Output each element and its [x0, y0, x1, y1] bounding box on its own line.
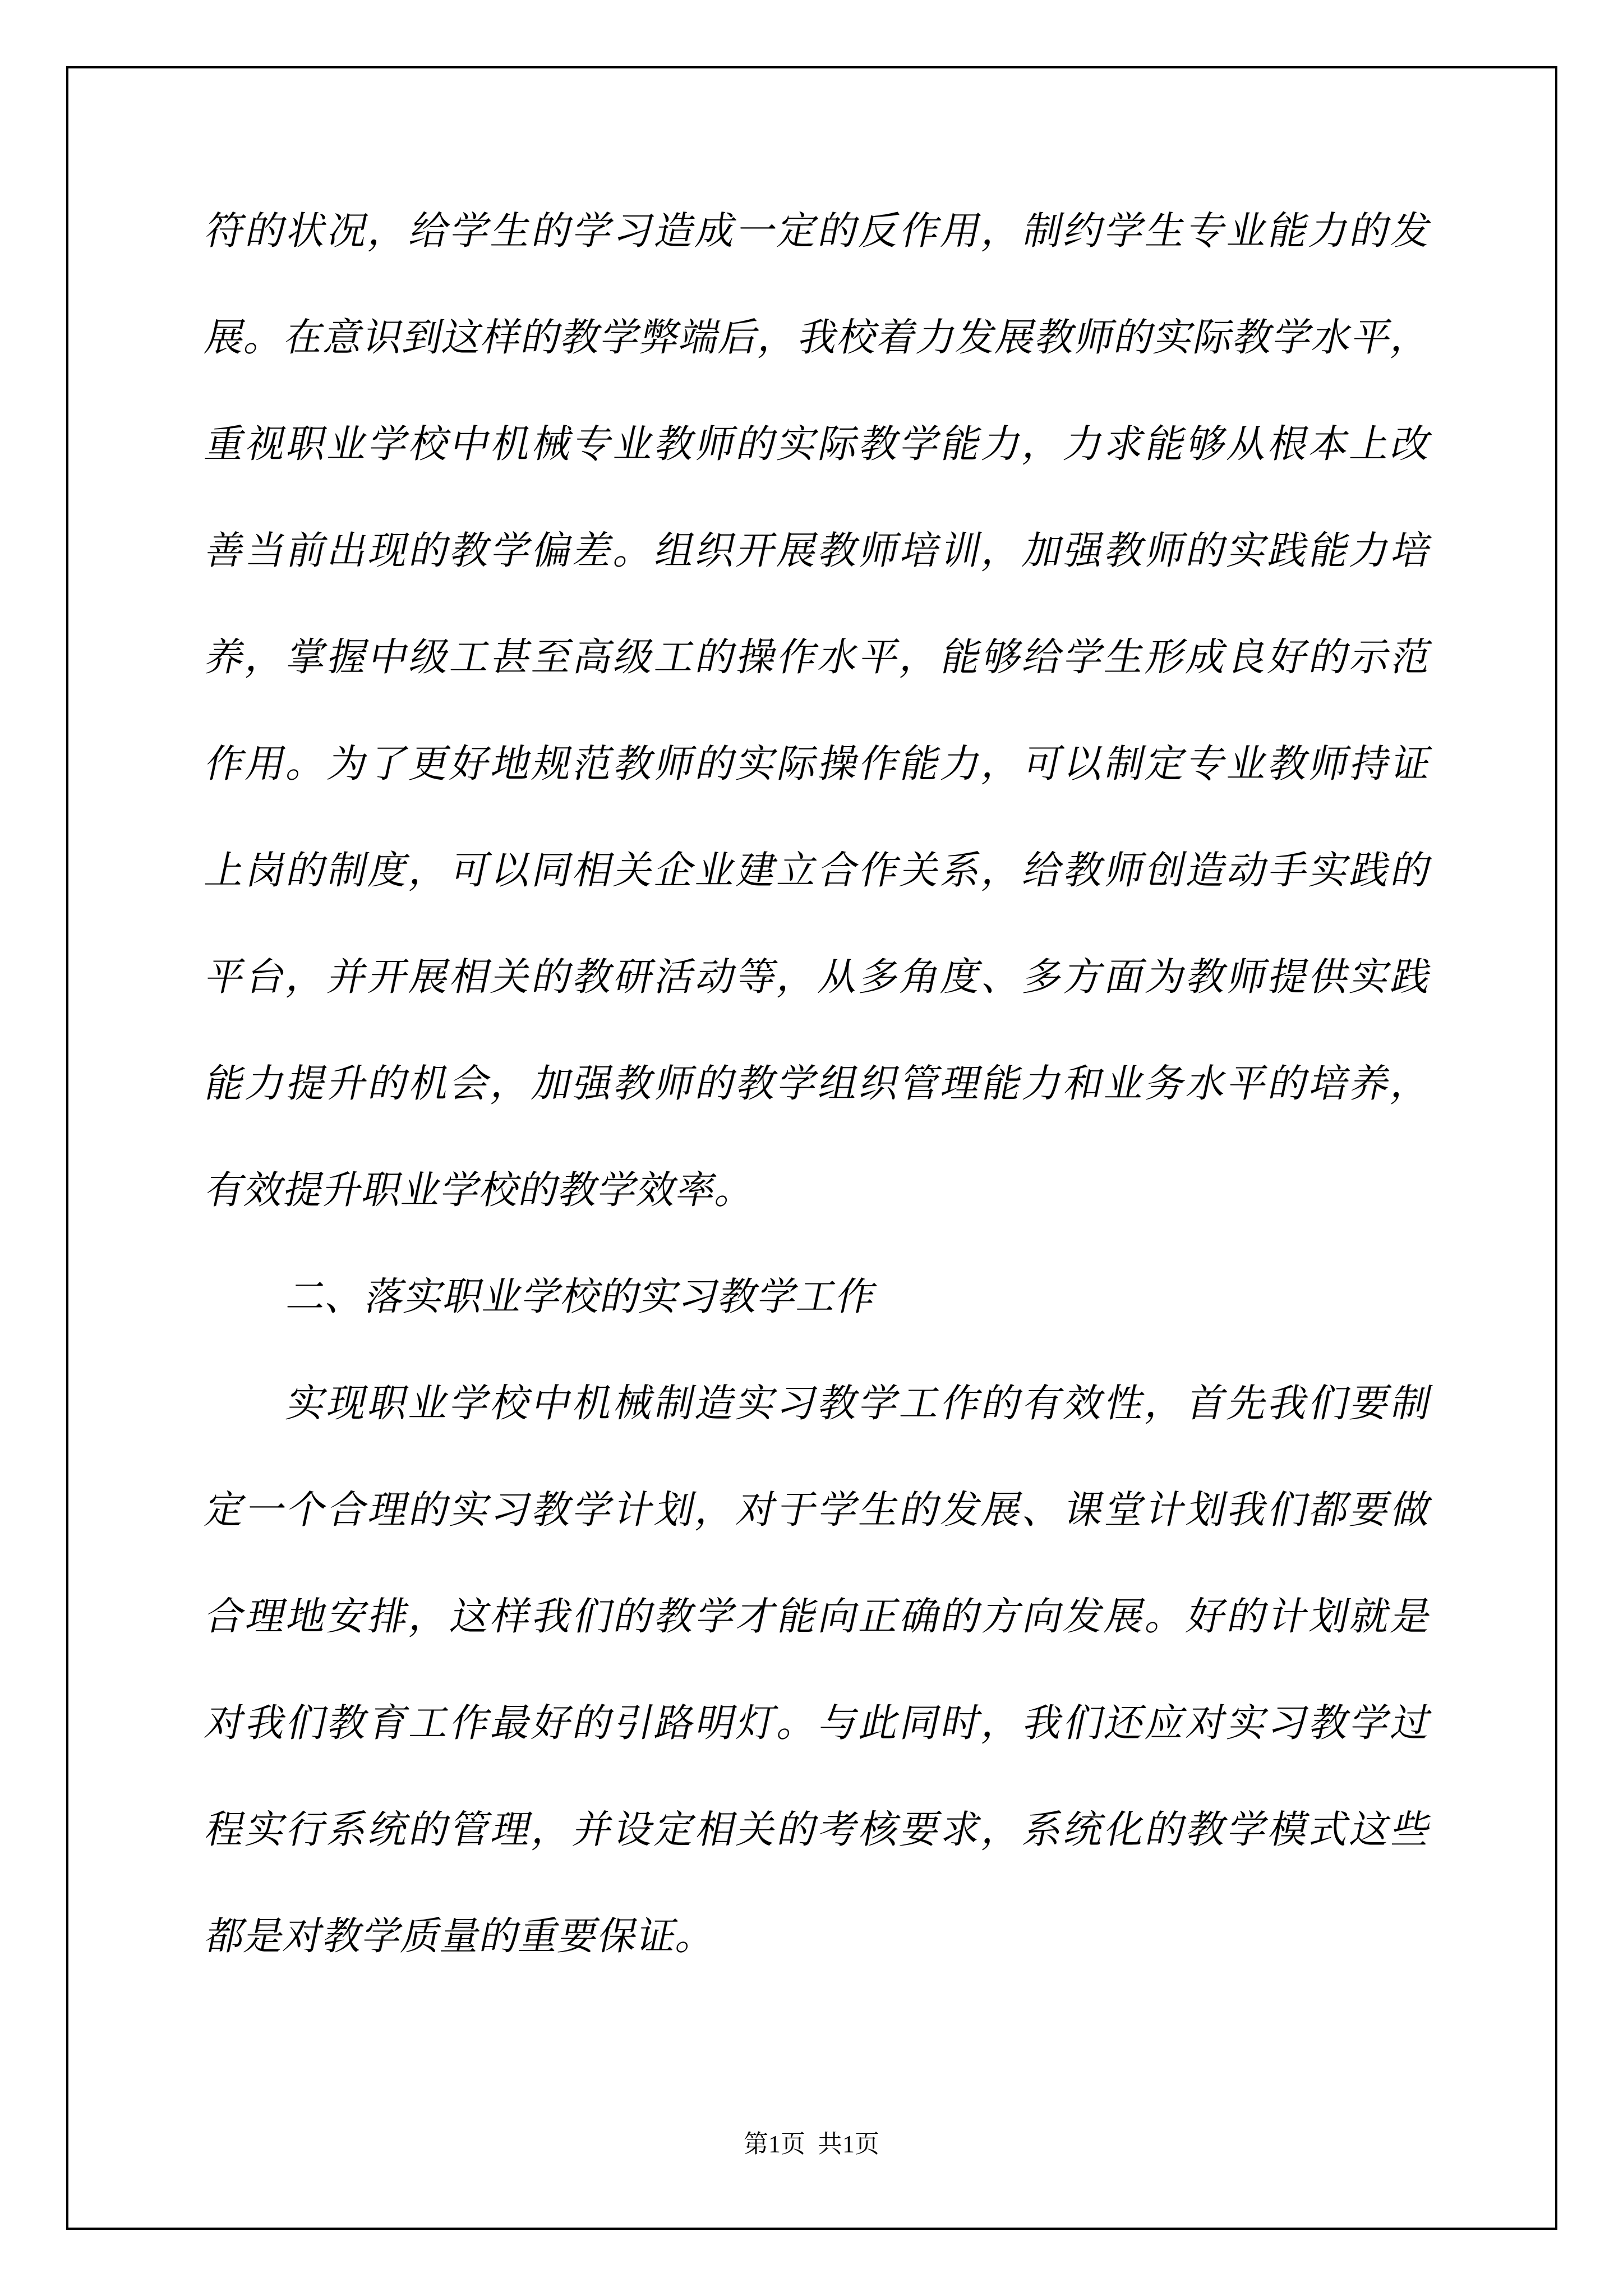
body-line: 对我们教育工作最好的引路明灯。与此同时，我们还应对实习教学过	[200, 1695, 1437, 1751]
body-line: 养，掌握中级工甚至高级工的操作水平，能够给学生形成良好的示范	[200, 629, 1437, 685]
body-line: 有效提升职业学校的教学效率。	[200, 1162, 1437, 1218]
page-number: 第1页 共1页	[0, 2129, 1623, 2160]
body-line: 符的状况，给学生的学习造成一定的反作用，制约学生专业能力的发	[200, 203, 1437, 259]
body-line: 能力提升的机会，加强教师的教学组织管理能力和业务水平的培养，	[200, 1056, 1437, 1112]
section-heading: 二、落实职业学校的实习教学工作	[200, 1269, 1437, 1325]
body-line: 作用。为了更好地规范教师的实际操作能力，可以制定专业教师持证	[200, 736, 1437, 792]
document-page: 符的状况，给学生的学习造成一定的反作用，制约学生专业能力的发 展。在意识到这样的…	[0, 0, 1623, 2296]
body-line: 定一个合理的实习教学计划，对于学生的发展、课堂计划我们都要做	[200, 1482, 1437, 1538]
body-line: 程实行系统的管理，并设定相关的考核要求，系统化的教学模式这些	[200, 1802, 1437, 1858]
body-line: 上岗的制度，可以同相关企业建立合作关系，给教师创造动手实践的	[200, 843, 1437, 899]
body-line: 展。在意识到这样的教学弊端后，我校着力发展教师的实际教学水平，	[200, 310, 1437, 366]
body-line: 实现职业学校中机械制造实习教学工作的有效性，首先我们要制	[200, 1375, 1437, 1432]
body-line: 平台，并开展相关的教研活动等，从多角度、多方面为教师提供实践	[200, 949, 1437, 1005]
page-border-frame	[66, 66, 1557, 2230]
body-line: 都是对教学质量的重要保证。	[200, 1908, 1437, 1964]
body-line: 合理地安排，这样我们的教学才能向正确的方向发展。好的计划就是	[200, 1589, 1437, 1645]
body-line: 重视职业学校中机械专业教师的实际教学能力，力求能够从根本上改	[200, 416, 1437, 472]
body-line: 善当前出现的教学偏差。组织开展教师培训，加强教师的实践能力培	[200, 523, 1437, 579]
